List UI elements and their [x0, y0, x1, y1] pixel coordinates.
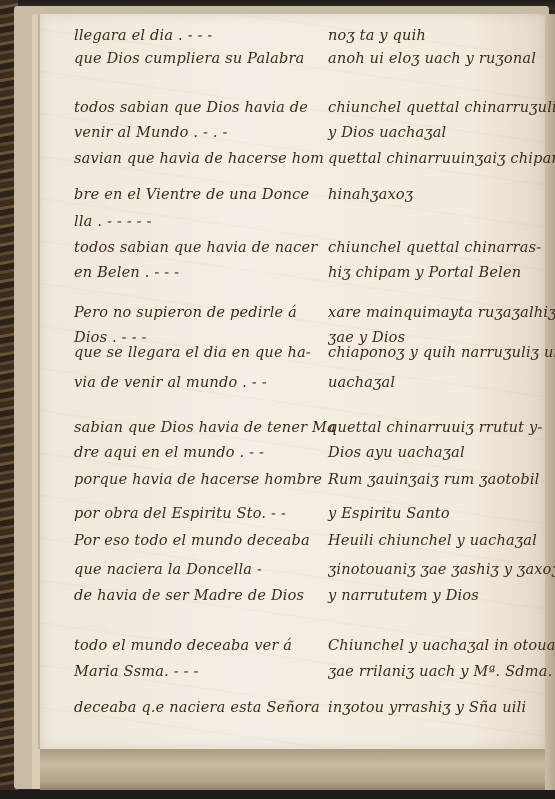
spanish-line: bre en el Vientre de una Donce [74, 187, 309, 203]
maya-line: chiunchel quettal chinarruʒuliʒ [328, 100, 555, 116]
maya-line: inʒotou yrrashiʒ y Sña uili [328, 700, 526, 716]
spanish-line: lla . - - - - - [74, 214, 152, 230]
maya-line: xare mainquimayta ruʒaʒalhiʒ [328, 305, 555, 321]
maya-line: Dios ayu uachaʒal [328, 445, 465, 461]
spanish-line: que naciera la Doncella - [74, 562, 262, 578]
spanish-line: savian que havia de hacerse hom [74, 151, 324, 167]
spanish-line: dre aqui en el mundo . - - [74, 445, 264, 461]
spanish-line: Dios . - - - [74, 330, 147, 346]
spanish-line: por obra del Espiritu Sto. - - [74, 506, 286, 522]
spanish-line: Pero no supieron de pedirle á [74, 305, 297, 321]
maya-line: Heuili chiunchel y uachaʒal [328, 533, 537, 549]
spanish-line: llegara el dia . - - - [74, 28, 213, 44]
spanish-line: todos sabian que Dios havia de [74, 100, 308, 116]
maya-line: Rum ʒauinʒaiʒ rum ʒaotobil [328, 472, 540, 488]
maya-line: ʒae y Dios [328, 330, 405, 346]
manuscript-scan: llegara el dia . - - - noʒ ta y quih que… [0, 0, 555, 799]
spanish-line: Por eso todo el mundo deceaba [74, 533, 310, 549]
maya-line: ʒae rrilaniʒ uach y Mª. Sdma. [328, 664, 552, 680]
spanish-line: de havia de ser Madre de Dios [74, 588, 304, 604]
spanish-line: que se llegara el dia en que ha- [74, 345, 311, 361]
spanish-line: sabian que Dios havia de tener Ma [74, 420, 336, 436]
spanish-line: venir al Mundo . - . - [74, 125, 228, 141]
maya-line: quettal chinarruuinʒaiʒ chipam- [328, 151, 555, 167]
spanish-line: en Belen . - - - [74, 265, 179, 281]
maya-line: ʒinotouaniʒ ʒae ʒashiʒ y ʒaxoʒ [328, 562, 555, 578]
maya-line: anoh ui eloʒ uach y ruʒonal [328, 51, 536, 67]
spanish-line: deceaba q.e naciera esta Señora [74, 700, 320, 716]
maya-line: noʒ ta y quih [328, 28, 426, 44]
maya-line: y narrututem y Dios [328, 588, 479, 604]
maya-line: chiaponoʒ y quih narruʒuliʒ ui- [328, 345, 555, 361]
maya-line: quettal chinarruuiʒ rrutut y- [328, 420, 543, 436]
maya-line: uachaʒal [328, 375, 395, 391]
spanish-line: que Dios cumpliera su Palabra [74, 51, 304, 67]
manuscript-page: llegara el dia . - - - noʒ ta y quih que… [38, 14, 545, 749]
scan-bottom-shadow [0, 790, 555, 799]
spanish-line: porque havia de hacerse hombre [74, 472, 322, 488]
spanish-line: via de venir al mundo . - - [74, 375, 267, 391]
maya-line: y Dios uachaʒal [328, 125, 446, 141]
spanish-line: todo el mundo deceaba ver á [74, 638, 292, 654]
page-bottom-edge [40, 748, 545, 790]
spanish-line: Maria Ssma. - - - [74, 664, 199, 680]
maya-line: hinahʒaxoʒ [328, 187, 413, 203]
maya-line: y Espiritu Santo [328, 506, 450, 522]
spanish-line: todos sabian que havia de nacer [74, 240, 317, 256]
maya-line: Chiunchel y uachaʒal in otouan- [328, 638, 555, 654]
maya-line: chiunchel quettal chinarras- [328, 240, 541, 256]
maya-line: hiʒ chipam y Portal Belen [328, 265, 521, 281]
